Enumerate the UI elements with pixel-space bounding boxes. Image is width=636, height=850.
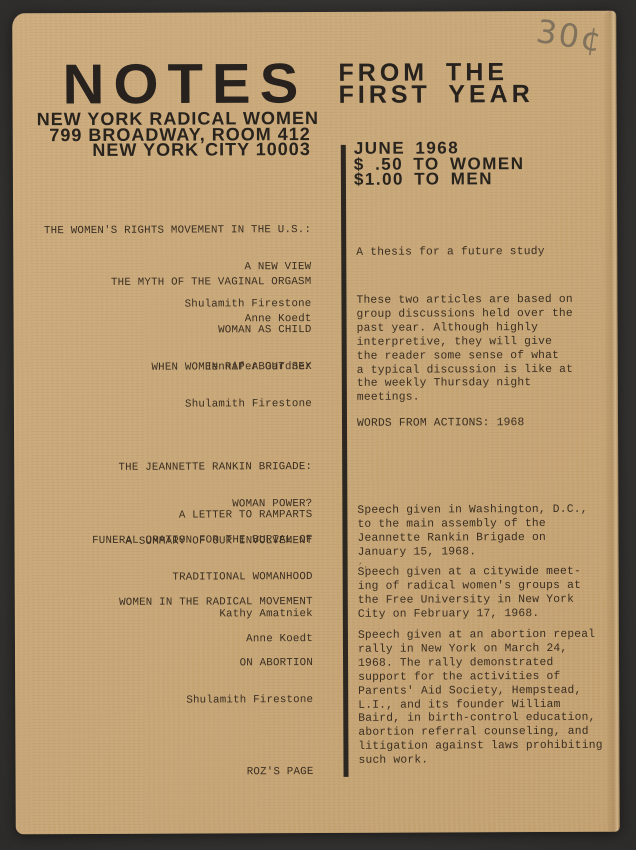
article-title-line: FUNERAL ORATION FOR THE BURIAL OF (42, 534, 312, 548)
annotation-note: WORDS FROM ACTIONS: 1968 (357, 417, 605, 432)
article-title-line: THE MYTH OF THE VAGINAL ORGASM (41, 276, 311, 290)
footer-note: ROZ'S PAGE (44, 766, 314, 779)
annotation-note: Speech given at an abortion repeal rally… (358, 629, 607, 769)
article-author: Shulamith Firestone (42, 398, 312, 412)
scanned-paper-cover: NOTES FROM THE FIRST YEAR NEW YORK RADIC… (12, 11, 620, 835)
annotation-note: Speech given in Washington, D.C., to the… (357, 504, 605, 561)
article-title-line: THE WOMEN'S RIGHTS MOVEMENT IN THE U.S.: (41, 224, 311, 238)
article-title-line: THE JEANNETTE RANKIN BRIGADE: (42, 461, 312, 475)
scanned-document-page: { "masthead": { "title": "NOTES", "subti… (0, 0, 636, 850)
toc-entry: WHEN WOMEN RAP ABOUT SEX Shulamith Fires… (42, 336, 312, 436)
publisher-address: NEW YORK RADICAL WOMEN 799 BROADWAY, ROO… (37, 111, 311, 159)
toc-entry: ON ABORTION Shulamith Firestone (43, 632, 313, 732)
journal-title: NOTES (62, 51, 307, 117)
article-title-line: WHEN WOMEN RAP ABOUT SEX (42, 361, 312, 375)
article-title-line: ON ABORTION (43, 657, 313, 671)
annotation-note: A thesis for a future study (356, 246, 604, 261)
article-title-line: WOMEN IN THE RADICAL MOVEMENT (43, 596, 313, 610)
annotation-note: These two articles are based on group di… (356, 294, 604, 406)
annotation-note: Speech given at a citywide meet- ing of … (358, 566, 606, 623)
article-author: Shulamith Firestone (43, 694, 313, 708)
handwritten-price-note: 30¢ (534, 12, 606, 60)
column-divider-rule (341, 145, 349, 777)
journal-subtitle: FROM THE FIRST YEAR (338, 61, 533, 106)
issue-date-price: JUNE 1968 $ .50 TO WOMEN $1.00 TO MEN (354, 140, 525, 187)
